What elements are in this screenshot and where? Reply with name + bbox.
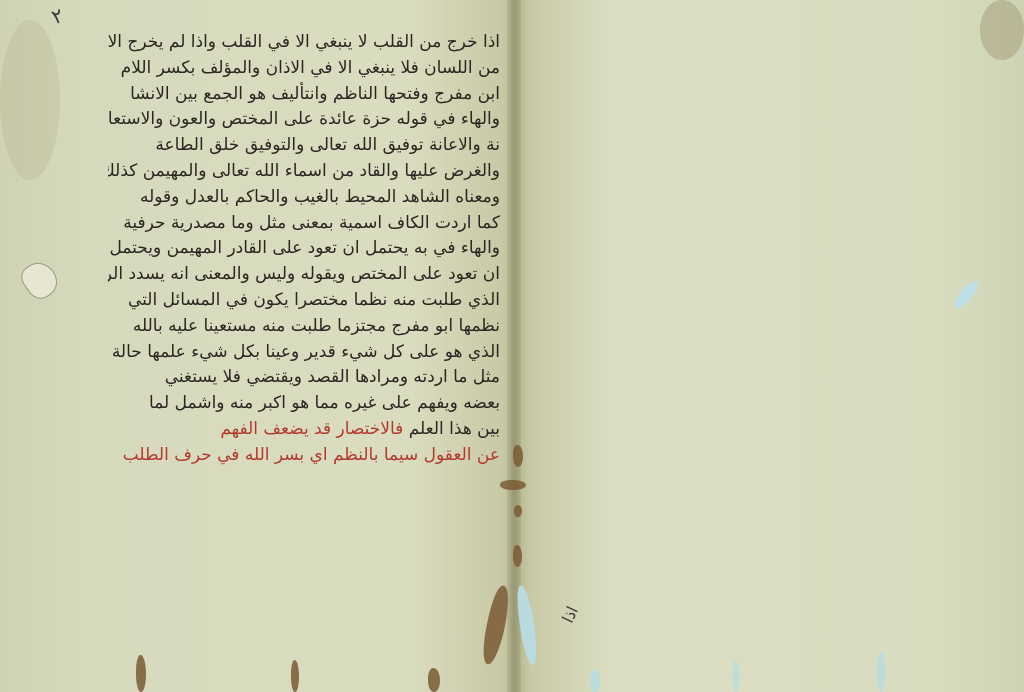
left-text-block: اذا خرج من القلب لا ينبغي الا في القلب و… (108, 30, 500, 469)
rubric-line: عن العقول سيما بالنظم اي بسر الله في حرف… (108, 443, 500, 469)
right-page: كل عجيب كلبابة در القابل وغير الراجح عن … (512, 0, 1024, 692)
margin-note: اذا (558, 603, 582, 626)
text-line: اذا خرج من القلب لا ينبغي الا في القلب و… (108, 30, 500, 56)
text-line: الذي هو على كل شيء قدير وعينا بكل شيء عل… (108, 340, 500, 366)
folio-number: ٢ (48, 3, 66, 29)
wormhole-damage (513, 545, 522, 567)
wormhole-damage (514, 505, 522, 517)
text-line: ومعناه الشاهد المحيط بالغيب والحاكم بالع… (108, 185, 500, 211)
wormhole-damage (590, 670, 600, 692)
text-line: من اللسان فلا ينبغي الا في الاذان والمؤل… (108, 56, 500, 82)
text-line: والهاء في به يحتمل ان تعود على القادر ال… (108, 236, 500, 262)
text-line: ان تعود على المختص ويقوله وليس والمعنى ا… (108, 262, 500, 288)
text-line-mixed: بين هذا العلم فالاختصار قد يضعف الفهم (108, 417, 500, 443)
text-line: نظمها ابو مفرج مجتزما طلبت منه مستعينا ع… (108, 314, 500, 340)
wormhole-damage (136, 655, 146, 692)
wormhole-damage (500, 480, 526, 490)
text-line: ابن مفرج وفتحها الناظم وانتأليف هو الجمع… (108, 82, 500, 108)
wormhole-damage (733, 660, 739, 692)
wormhole-damage (291, 660, 299, 692)
wormhole-damage (428, 668, 440, 692)
wormhole-damage (513, 445, 523, 467)
rubric-segment: فالاختصار قد يضعف الفهم (220, 419, 403, 439)
text-line: الذي طلبت منه نظما مختصرا يكون في المسائ… (108, 288, 500, 314)
text-line: بعضه ويفهم على غيره مما هو اكبر منه واشم… (108, 391, 500, 417)
left-page: ٢ اذا خرج من القلب لا ينبغي الا في القلب… (0, 0, 512, 692)
text-line: والغرض عليها والقاد من اسماء الله تعالى … (108, 159, 500, 185)
text-line: مثل ما اردته ومرادها القصد ويقتضي فلا يس… (108, 365, 500, 391)
manuscript-spread: ٢ اذا خرج من القلب لا ينبغي الا في القلب… (0, 0, 1024, 692)
text-line: نة والاعانة توفيق الله تعالى والتوفيق خل… (108, 133, 500, 159)
wormhole-damage (877, 652, 885, 692)
text-segment: بين هذا العلم (409, 419, 500, 439)
text-line: كما اردت الكاف اسمية بمعنى مثل وما مصدري… (108, 211, 500, 237)
text-line: والهاء في قوله حزة عائدة على المختص والع… (108, 107, 500, 133)
